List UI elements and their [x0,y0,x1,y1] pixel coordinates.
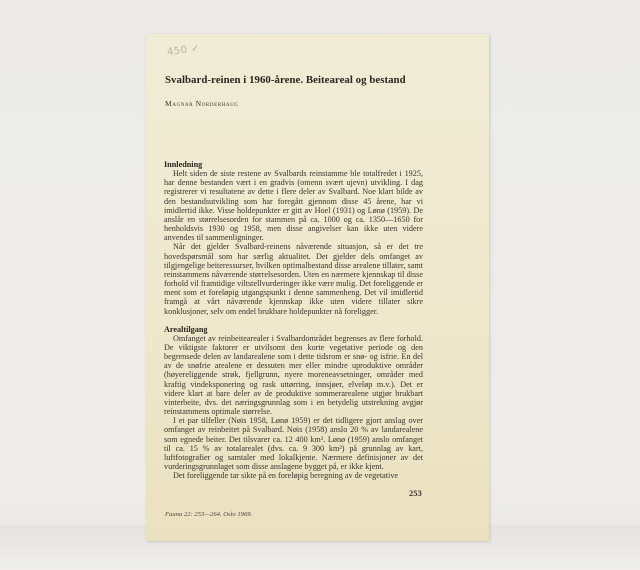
paragraph: Det foreliggende tar sikte på en foreløp… [164,471,423,480]
paragraph: Helt siden de siste restene av Svalbards… [164,169,423,242]
section-heading-arealtilgang: Arealtilgang [164,325,423,334]
document-page: 450 ✓ Svalbard-reinen i 1960-årene. Beit… [146,34,489,541]
section-heading-innledning: Innledning [164,160,423,169]
article-author: Magnar Norderhaug [165,99,239,108]
article-title: Svalbard-reinen i 1960-årene. Beiteareal… [165,74,406,86]
journal-citation: Fauna 22: 253—264. Oslo 1969. [165,511,252,518]
paragraph: Omfanget av reinbeitearealer i Svalbardo… [164,334,423,416]
page-number: 253 [409,488,422,498]
pencil-annotation: 450 ✓ [166,43,200,59]
paragraph: Når det gjelder Svalbard-reinens nåværen… [164,242,423,315]
article-body: Innledning Helt siden de siste restene a… [164,160,423,480]
paragraph: I et par tilfeller (Nøis 1958, Lønø 1959… [164,416,423,471]
section-spacer [164,316,423,325]
